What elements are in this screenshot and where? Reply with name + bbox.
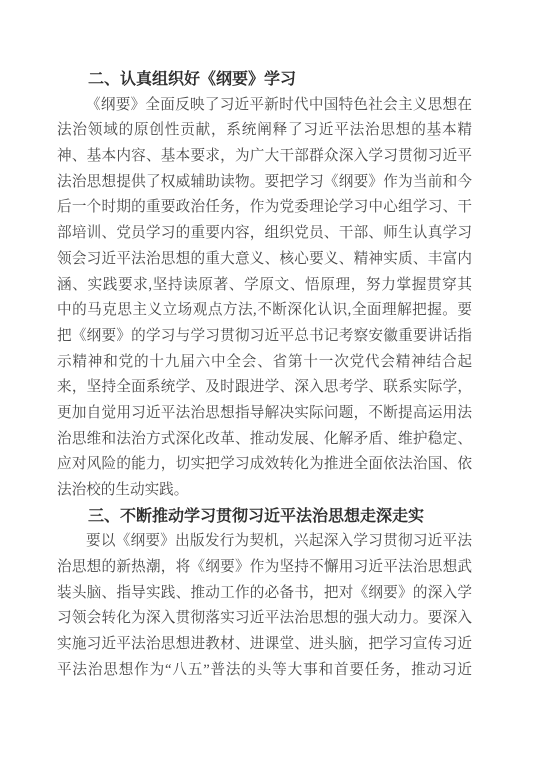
section-2-heading: 二、认真组织好《纲要》学习 bbox=[57, 67, 472, 93]
text-line: 实施习近平法治思想进教材、进课堂、进头脑，把学习宣传习近 bbox=[57, 632, 472, 658]
text-line: 部培训、党员学习的重要内容，组织党员、干部、师生认真学习 bbox=[57, 221, 472, 247]
text-line: 神、基本内容、基本要求，为广大干部群众深入学习贯彻习近平 bbox=[57, 144, 472, 170]
text-line: 后一个时期的重要政治任务，作为党委理论学习中心组学习、干 bbox=[57, 195, 472, 221]
text-line: 把《纲要》的学习与学习贯彻习近平总书记考察安徽重要讲话指 bbox=[57, 324, 472, 350]
text-line: 治思想的新热潮，将《纲要》作为坚持不懈用习近平法治思想武 bbox=[57, 555, 472, 581]
text-line: 要以《纲要》出版发行为契机，兴起深入学习贯彻习近平法 bbox=[57, 529, 472, 555]
section-3-heading: 三、不断推动学习贯彻习近平法治思想走深走实 bbox=[57, 504, 472, 530]
text-line: 法治思想提供了权威辅助读物。要把学习《纲要》作为当前和今 bbox=[57, 170, 472, 196]
text-line: 来，坚持全面系统学、及时跟进学、深入思考学、联系实际学， bbox=[57, 375, 472, 401]
text-line: 领会习近平法治思想的重大意义、核心要义、精神实质、丰富内 bbox=[57, 247, 472, 273]
section-2-lines: 《纲要》全面反映了习近平新时代中国特色社会主义思想在法治领域的原创性贡献，系统阐… bbox=[57, 93, 472, 504]
text-line: 中的马克思主义立场观点方法,不断深化认识,全面理解把握。要 bbox=[57, 298, 472, 324]
document-page: 二、认真组织好《纲要》学习 《纲要》全面反映了习近平新时代中国特色社会主义思想在… bbox=[0, 0, 543, 768]
text-line: 平法治思想作为“八五”普法的头等大事和首要任务，推动习近 bbox=[57, 658, 472, 684]
section-3-lines: 要以《纲要》出版发行为契机，兴起深入学习贯彻习近平法治思想的新热潮，将《纲要》作… bbox=[57, 529, 472, 683]
text-line: 涵、实践要求,坚持读原著、学原文、悟原理，努力掌握贯穿其 bbox=[57, 273, 472, 299]
text-line: 应对风险的能力，切实把学习成效转化为推进全面依法治国、依 bbox=[57, 452, 472, 478]
text-line: 治思维和法治方式深化改革、推动发展、化解矛盾、维护稳定、 bbox=[57, 427, 472, 453]
text-line: 习领会转化为深入贯彻落实习近平法治思想的强大动力。要深入 bbox=[57, 606, 472, 632]
text-line: 《纲要》全面反映了习近平新时代中国特色社会主义思想在 bbox=[57, 93, 472, 119]
text-line: 法治校的生动实践。 bbox=[57, 478, 472, 504]
section-2: 二、认真组织好《纲要》学习 《纲要》全面反映了习近平新时代中国特色社会主义思想在… bbox=[57, 67, 472, 504]
text-line: 装头脑、指导实践、推动工作的必备书，把对《纲要》的深入学 bbox=[57, 581, 472, 607]
text-line: 示精神和党的十九届六中全会、省第十一次党代会精神结合起 bbox=[57, 350, 472, 376]
text-line: 更加自觉用习近平法治思想指导解决实际问题，不断提高运用法 bbox=[57, 401, 472, 427]
text-line: 法治领域的原创性贡献，系统阐释了习近平法治思想的基本精 bbox=[57, 118, 472, 144]
section-3: 三、不断推动学习贯彻习近平法治思想走深走实 要以《纲要》出版发行为契机，兴起深入… bbox=[57, 504, 472, 684]
document-body: 二、认真组织好《纲要》学习 《纲要》全面反映了习近平新时代中国特色社会主义思想在… bbox=[57, 67, 472, 684]
